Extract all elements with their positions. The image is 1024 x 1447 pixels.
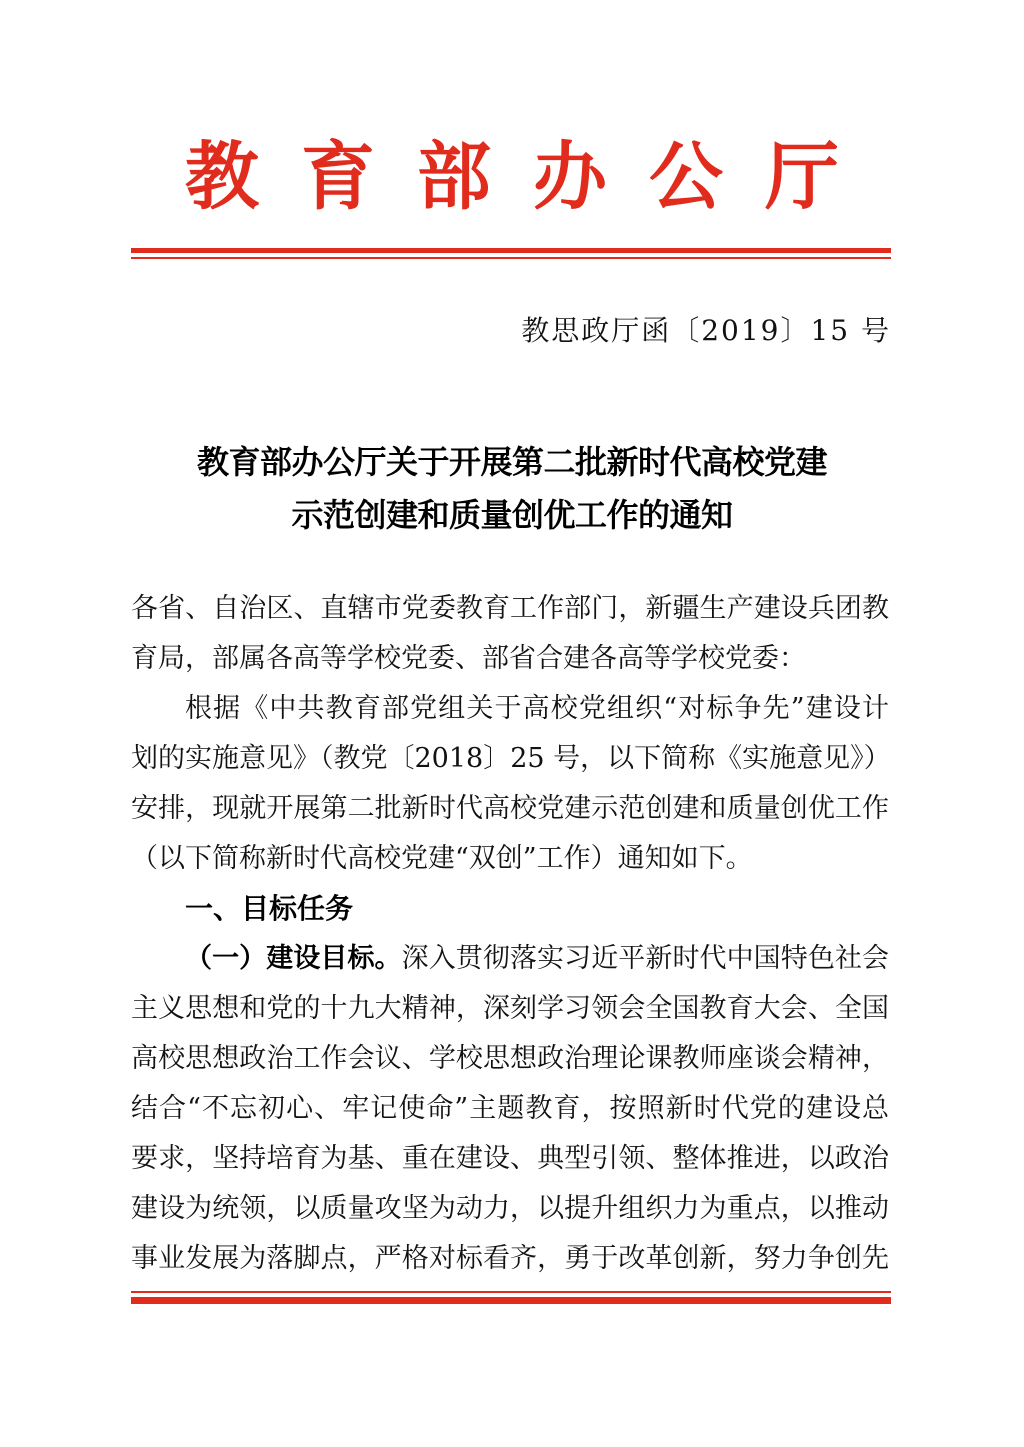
- body-line-goal-1-text: 深入贯彻落实习近平新时代中国特色社会: [402, 943, 889, 974]
- body-line-intro-4: （以下简称新时代高校党建“双创”工作）通知如下。: [131, 834, 889, 884]
- subsection-label: （一）建设目标。: [185, 943, 402, 974]
- document-title-line-1: 教育部办公厅关于开展第二批新时代高校党建: [0, 436, 1024, 489]
- body-line-intro-2: 划的实施意见》（教党〔2018〕25 号，以下简称《实施意见》）: [131, 734, 889, 784]
- body-line-intro-3: 安排，现就开展第二批新时代高校党建示范创建和质量创优工作: [131, 784, 889, 834]
- body-line-salutation-1: 各省、自治区、直辖市党委教育工作部门，新疆生产建设兵团教: [131, 584, 889, 634]
- section-heading-1: 一、目标任务: [131, 884, 889, 934]
- document-number: 教思政厅函〔2019〕15 号: [521, 309, 891, 349]
- body-line-goal-5: 要求，坚持培育为基、重在建设、典型引领、整体推进，以政治: [131, 1134, 889, 1184]
- document-body: 各省、自治区、直辖市党委教育工作部门，新疆生产建设兵团教 育局，部属各高等学校党…: [131, 584, 889, 1284]
- document-title-line-2: 示范创建和质量创优工作的通知: [0, 489, 1024, 542]
- letterhead-rule-thin: [131, 257, 891, 259]
- body-line-goal-4: 结合“不忘初心、牢记使命”主题教育，按照新时代党的建设总: [131, 1084, 889, 1134]
- body-line-intro-1: 根据《中共教育部党组关于高校党组织“对标争先”建设计: [131, 684, 889, 734]
- document-title: 教育部办公厅关于开展第二批新时代高校党建 示范创建和质量创优工作的通知: [0, 436, 1024, 542]
- footer-rule-thin: [131, 1291, 891, 1293]
- body-line-goal-6: 建设为统领，以质量攻坚为动力，以提升组织力为重点，以推动: [131, 1184, 889, 1234]
- document-page: 教育部办公厅 教思政厅函〔2019〕15 号 教育部办公厅关于开展第二批新时代高…: [0, 0, 1024, 1447]
- footer-rule-thick: [131, 1297, 891, 1304]
- body-line-salutation-2: 育局，部属各高等学校党委、部省合建各高等学校党委：: [131, 634, 889, 684]
- body-line-goal-7: 事业发展为落脚点，严格对标看齐，勇于改革创新，努力争创先: [131, 1234, 889, 1284]
- body-line-goal-2: 主义思想和党的十九大精神，深刻学习领会全国教育大会、全国: [131, 984, 889, 1034]
- body-line-goal-1: （一）建设目标。深入贯彻落实习近平新时代中国特色社会: [131, 934, 889, 984]
- letterhead-agency-name: 教育部办公厅: [0, 128, 1024, 228]
- letterhead-rule-thick: [131, 248, 891, 253]
- body-line-goal-3: 高校思想政治工作会议、学校思想政治理论课教师座谈会精神，: [131, 1034, 889, 1084]
